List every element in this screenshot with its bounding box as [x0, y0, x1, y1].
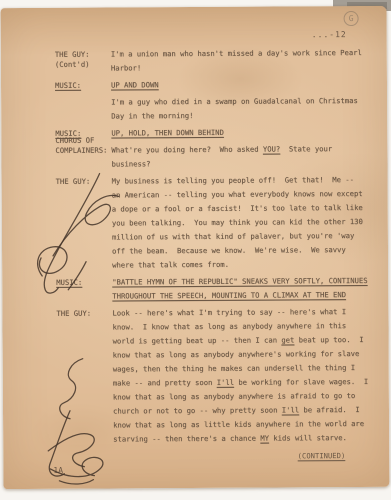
dialogue-text: I'm a guy who died in a swamp on Guadalc… — [111, 94, 359, 124]
scanned-script-page: G ...-12 THE GUY:(Cont'd)I'm a union man… — [0, 0, 391, 500]
dialogue-text: "BATTLE HYMN OF THE REPUBLIC" SNEAKS VER… — [112, 274, 367, 304]
speaker-label — [55, 96, 111, 124]
paper-sheet: G ...-12 THE GUY:(Cont'd)I'm a union man… — [1, 6, 390, 489]
script-row: MUSIC:UP AND DOWN — [55, 77, 359, 93]
speaker-label: MUSIC: — [56, 276, 112, 304]
script-row: MUSIC:"BATTLE HYMN OF THE REPUBLIC" SNEA… — [56, 274, 360, 304]
script-row: CHORUS OFCOMPLAINERS:What're you doing h… — [55, 142, 359, 172]
continued-marker: (CONTINUED) — [57, 449, 361, 465]
script-row: THE GUY:My business is telling you peopl… — [56, 173, 361, 273]
dialogue-text: I'm a union man who hasn't missed a day'… — [111, 46, 362, 76]
footer-mark: 1A — [53, 466, 63, 475]
dialogue-text: UP, HOLD, THEN DOWN BEHIND — [111, 125, 359, 141]
dialogue-text: UP AND DOWN — [111, 77, 359, 93]
script-row: THE GUY:(Cont'd)I'm a union man who hasn… — [55, 46, 359, 76]
speaker-label: THE GUY:(Cont'd) — [55, 48, 111, 76]
speaker-label: THE GUY: — [56, 175, 113, 273]
speaker-label: CHORUS OFCOMPLAINERS: — [55, 134, 111, 162]
script-content: THE GUY:(Cont'd)I'm a union man who hasn… — [1, 6, 390, 489]
continued-label: (CONTINUED) — [298, 451, 346, 460]
script-row: THE GUY:Look -- here's what I'm trying t… — [56, 305, 361, 447]
script-body: THE GUY:(Cont'd)I'm a union man who hasn… — [55, 46, 361, 447]
dialogue-text: What're you doing here? Who asked YOU? S… — [111, 142, 359, 172]
script-row: I'm a guy who died in a swamp on Guadalc… — [55, 94, 359, 124]
speaker-label: THE GUY: — [56, 307, 113, 447]
speaker-label: MUSIC: — [55, 79, 111, 93]
dialogue-text: Look -- here's what I'm trying to say --… — [112, 305, 368, 447]
dialogue-text: My business is telling you people off! G… — [112, 173, 364, 273]
